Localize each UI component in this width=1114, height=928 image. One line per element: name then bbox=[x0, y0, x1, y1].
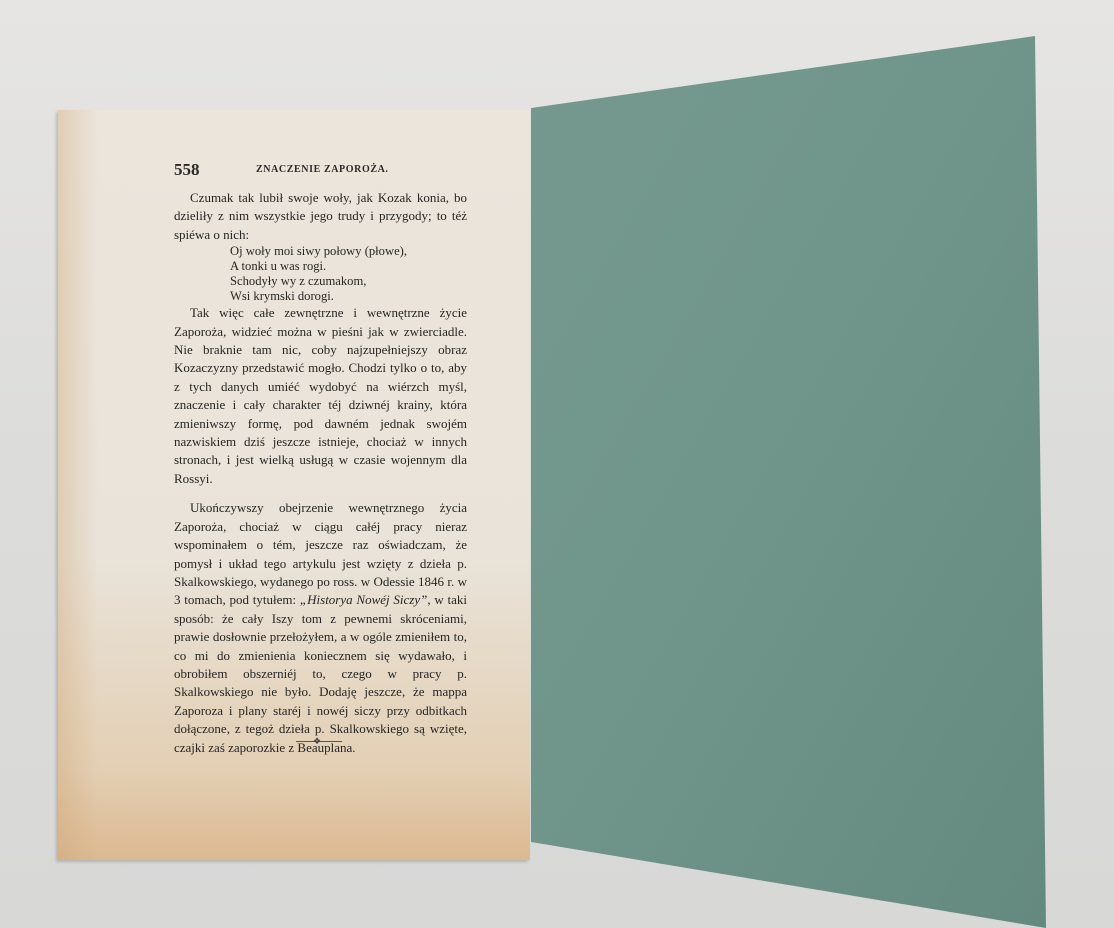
book-cover-green bbox=[0, 0, 1114, 928]
